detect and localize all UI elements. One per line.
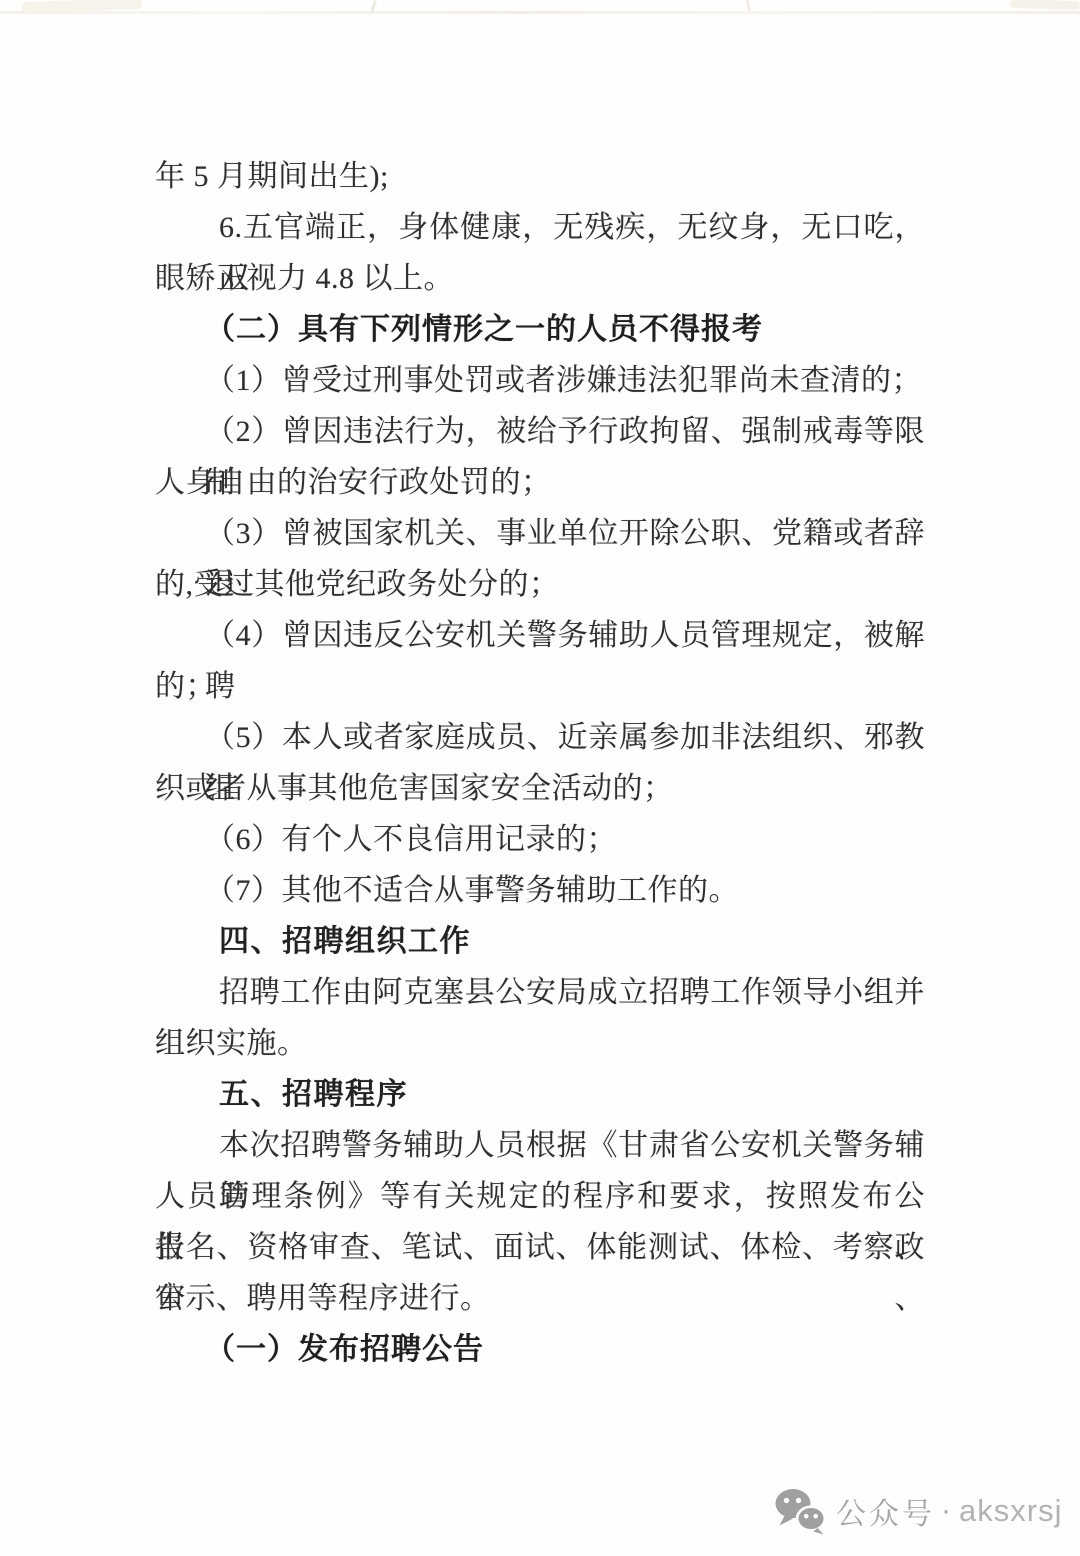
document-text: 年 5 月期间出生);6.五官端正，身体健康，无残疾，无纹身，无口吃，双眼矫正视… [155,151,925,1375]
scan-fold-line [0,11,1080,14]
text-line: （1）曾受过刑事处罚或者涉嫌违法犯罪尚未查清的； [155,355,925,406]
wechat-icon [774,1488,826,1535]
scanned-document-page: 年 5 月期间出生);6.五官端正，身体健康，无残疾，无纹身，无口吃，双眼矫正视… [0,0,1080,1556]
text-line: 眼矫正视力 4.8 以上。 [155,253,925,304]
text-line: 的,受过其他党纪政务处分的； [155,559,925,610]
watermark-separator: · [941,1494,951,1528]
text-line: （6）有个人不良信用记录的； [155,814,925,865]
text-line: 的； [155,661,925,712]
wechat-watermark: 公众号 · aksxrsj [774,1486,1062,1536]
text-line: （2）曾因违法行为，被给予行政拘留、强制戒毒等限制 [155,406,925,457]
text-line: 本次招聘警务辅助人员根据《甘肃省公安机关警务辅助 [155,1120,925,1171]
text-line: （3）曾被国家机关、事业单位开除公职、党籍或者辞退 [155,508,925,559]
section-heading: （一）发布招聘公告 [155,1324,925,1375]
text-line: 织或者从事其他危害国家安全活动的； [155,763,925,814]
section-heading: 五、招聘程序 [155,1069,925,1120]
scan-nick-artifact [746,0,752,11]
scan-nick-artifact [370,0,377,13]
text-line: 人身自由的治安行政处罚的； [155,457,925,508]
text-line: 人员管理条例》等有关规定的程序和要求，按照发布公告、 [155,1171,925,1222]
text-line: （4）曾因违反公安机关警务辅助人员管理规定，被解聘 [155,610,925,661]
watermark-account: aksxrsj [959,1493,1062,1529]
watermark-label: 公众号 [836,1489,935,1533]
section-heading: 四、招聘组织工作 [155,916,925,967]
text-line: （5）本人或者家庭成员、近亲属参加非法组织、邪教组 [155,712,925,763]
text-line: 招聘工作由阿克塞县公安局成立招聘工作领导小组并 [155,967,925,1018]
scan-smudge-top-right [1010,0,1080,10]
text-line: 组织实施。 [155,1018,925,1069]
text-line: 报名、资格审查、笔试、面试、体能测试、体检、考察政审、 [155,1222,925,1273]
text-line: （7）其他不适合从事警务辅助工作的。 [155,865,925,916]
section-heading: （二）具有下列情形之一的人员不得报考 [155,304,925,355]
text-line: 年 5 月期间出生); [155,151,925,202]
scan-smudge-top-left [22,0,142,13]
text-line: 6.五官端正，身体健康，无残疾，无纹身，无口吃，双 [155,202,925,253]
